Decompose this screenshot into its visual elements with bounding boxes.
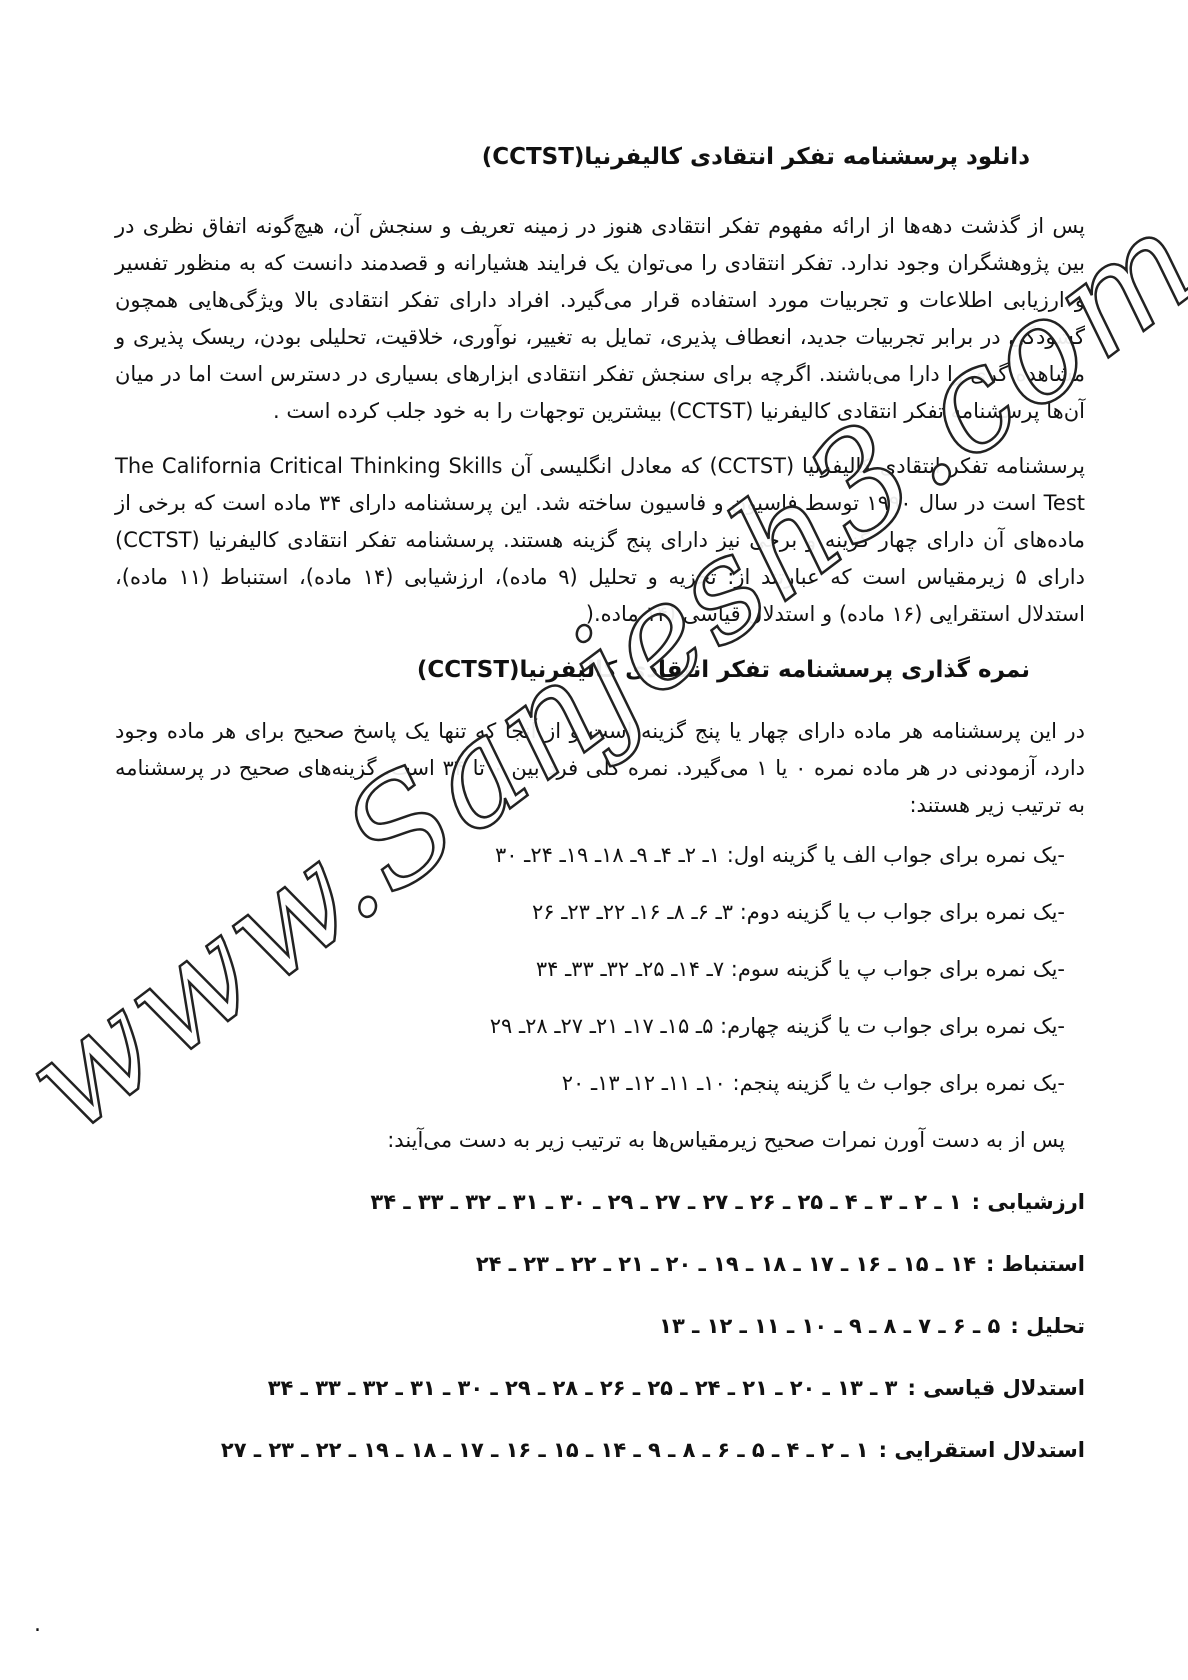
scoring-paragraph: در این پرسشنامه هر ماده دارای چهار یا پن…: [115, 713, 1085, 824]
answer-key-list: -یک نمره برای جواب الف یا گزینه اول: ۱ـ …: [115, 840, 1085, 1098]
answer-key-line-option4: -یک نمره برای جواب ت یا گزینه چهارم: ۵ـ …: [115, 1011, 1065, 1041]
subscale-numbers: ۱۴ ـ ۱۵ ـ ۱۶ ـ ۱۷ ـ ۱۸ ـ ۱۹ ـ ۲۰ ـ ۲۱ ـ …: [476, 1252, 976, 1276]
subscale-label: استنباط :: [986, 1252, 1085, 1276]
subscale-label: ارزشیابی :: [972, 1190, 1085, 1214]
subscale-label: تحلیل :: [1010, 1314, 1085, 1338]
answer-key-line-option5: -یک نمره برای جواب ث یا گزینه پنجم: ۱۰ـ …: [115, 1068, 1065, 1098]
scoring-heading: نمره گذاری پرسشنامه تفکر انتقادی کالیفرن…: [115, 653, 1030, 687]
subscale-line-analysis: تحلیل :۵ ـ ۶ ـ ۷ ـ ۸ ـ ۹ ـ ۱۰ ـ ۱۱ ـ ۱۲ …: [115, 1311, 1085, 1341]
answer-key-line-option3: -یک نمره برای جواب پ یا گزینه سوم: ۷ـ ۱۴…: [115, 954, 1065, 984]
intro-paragraph: پس از گذشت دهه‌ها از ارائه مفهوم تفکر ان…: [115, 208, 1085, 430]
document-content: دانلود پرسشنامه تفکر انتقادی کالیفرنیا(C…: [115, 140, 1085, 1497]
subscale-numbers: ۱ ـ ۲ ـ ۴ ـ ۵ ـ ۶ ـ ۸ ـ ۹ ـ ۱۴ ـ ۱۵ ـ ۱۶…: [221, 1438, 869, 1462]
subscale-numbers: ۱ ـ ۲ ـ ۳ ـ ۴ ـ ۲۵ ـ ۲۶ ـ ۲۷ ـ ۲۷ ـ ۲۹ ـ…: [370, 1190, 961, 1214]
document-title: دانلود پرسشنامه تفکر انتقادی کالیفرنیا(C…: [115, 140, 1030, 174]
answer-key-line-option2: -یک نمره برای جواب ب یا گزینه دوم: ۳ـ ۶ـ…: [115, 897, 1065, 927]
about-questionnaire-paragraph: پرسشنامه تفکر انتقادی کالیفرنیا (CCTST) …: [115, 448, 1085, 633]
subscale-score-list: ارزشیابی :۱ ـ ۲ ـ ۳ ـ ۴ ـ ۲۵ ـ ۲۶ ـ ۲۷ ـ…: [115, 1187, 1085, 1465]
subscale-line-inductive-reasoning: استدلال استقرایی :۱ ـ ۲ ـ ۴ ـ ۵ ـ ۶ ـ ۸ …: [115, 1435, 1085, 1465]
subscale-line-deductive-reasoning: استدلال قیاسی :۳ ـ ۱۳ ـ ۲۰ ـ ۲۱ ـ ۲۴ ـ ۲…: [115, 1373, 1085, 1403]
scanned-document-page: www.Sanjesh3.com دانلود پرسشنامه تفکر ان…: [0, 0, 1188, 1680]
subscale-numbers: ۳ ـ ۱۳ ـ ۲۰ ـ ۲۱ ـ ۲۴ ـ ۲۵ ـ ۲۶ ـ ۲۸ ـ ۲…: [268, 1376, 898, 1400]
subscale-numbers: ۵ ـ ۶ ـ ۷ ـ ۸ ـ ۹ ـ ۱۰ ـ ۱۱ ـ ۱۲ ـ ۱۳: [659, 1314, 1000, 1338]
subscale-label: استدلال استقرایی :: [879, 1438, 1085, 1462]
answer-key-line-option1: -یک نمره برای جواب الف یا گزینه اول: ۱ـ …: [115, 840, 1065, 870]
subscale-line-inference: استنباط :۱۴ ـ ۱۵ ـ ۱۶ ـ ۱۷ ـ ۱۸ ـ ۱۹ ـ ۲…: [115, 1249, 1085, 1279]
subscale-intro-line: پس از به دست آورن نمرات صحیح زیرمقیاس‌ها…: [115, 1125, 1065, 1155]
page-artifact-dot: .: [34, 1612, 41, 1637]
subscale-label: استدلال قیاسی :: [907, 1376, 1085, 1400]
subscale-line-evaluation: ارزشیابی :۱ ـ ۲ ـ ۳ ـ ۴ ـ ۲۵ ـ ۲۶ ـ ۲۷ ـ…: [115, 1187, 1085, 1217]
